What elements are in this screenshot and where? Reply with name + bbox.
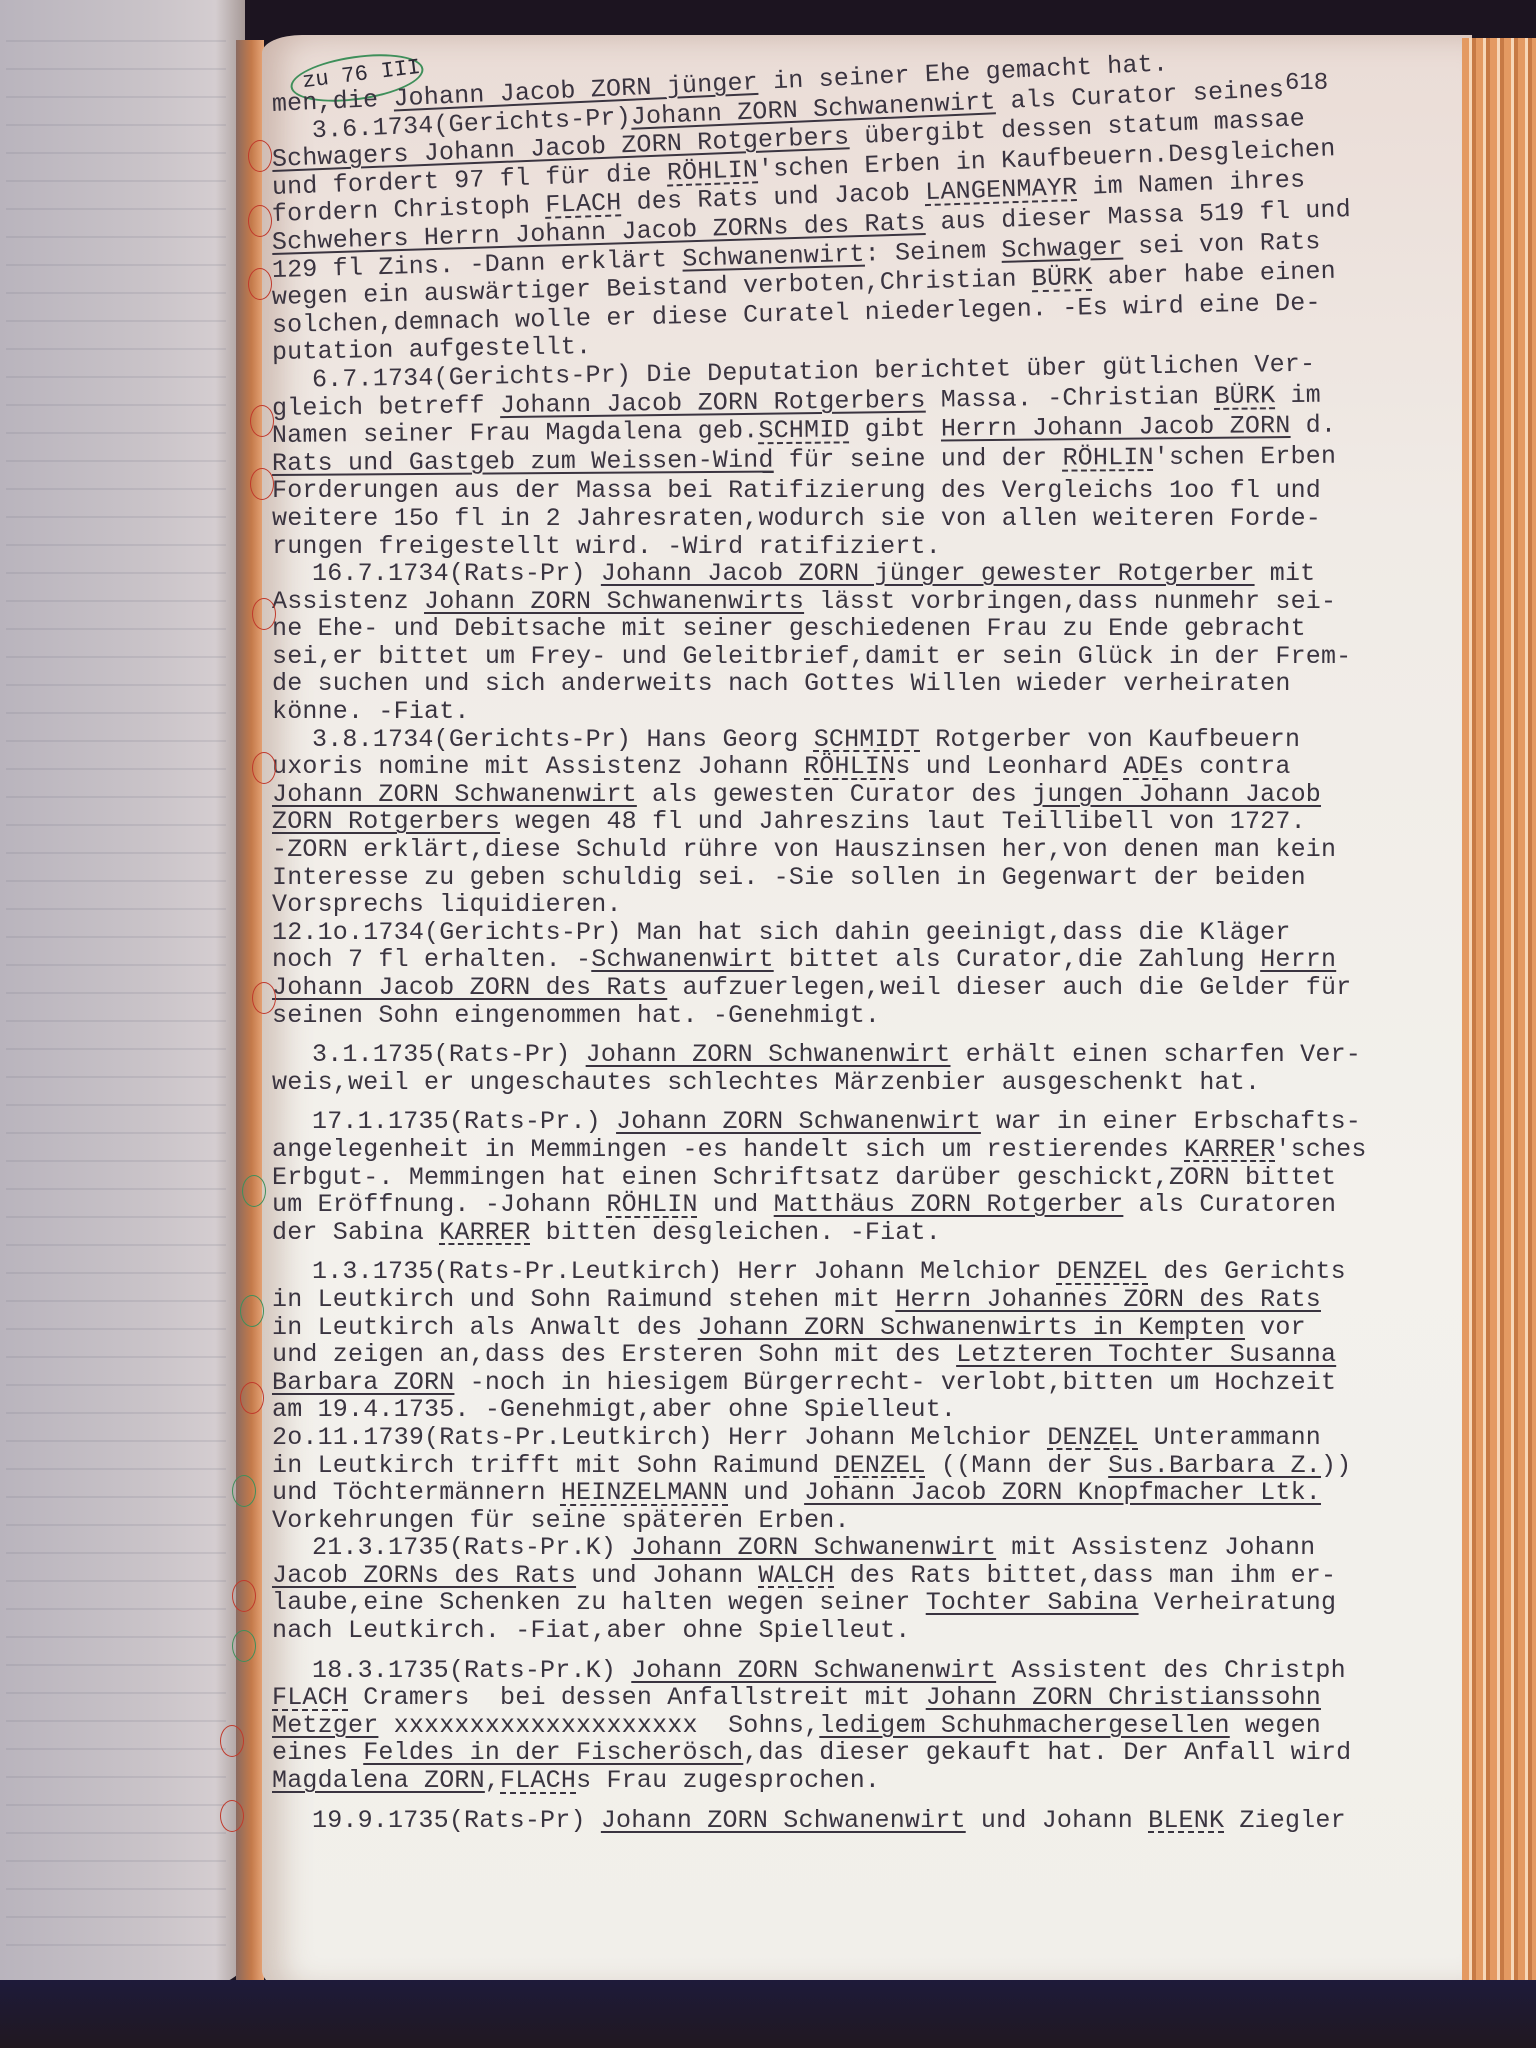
- typewritten-text-block: men,die Johann Jacob ZORN jünger in sein…: [272, 92, 1462, 1835]
- ghost-text-line: [6, 292, 226, 294]
- ghost-text-line: [6, 460, 226, 462]
- ghost-text-line: [6, 852, 226, 854]
- text-line: Johann ZORN Schwanenwirt als gewesten Cu…: [272, 782, 1462, 810]
- underlined-phrase: Johann ZORN Schwanenwirt: [272, 780, 637, 809]
- text-line: in Leutkirch trifft mit Sohn Raimund DEN…: [272, 1453, 1462, 1481]
- underlined-phrase: Herrn Johannes ZORN des Rats: [895, 1285, 1321, 1314]
- underlined-phrase: Johann ZORN Christianssohn: [926, 1683, 1321, 1712]
- text-line: in Leutkirch als Anwalt des Johann ZORN …: [272, 1315, 1462, 1343]
- ghost-text-line: [6, 908, 226, 910]
- underlined-phrase: WALCH: [759, 1561, 835, 1590]
- margin-annotation-circle: [232, 1580, 256, 1612]
- underlined-phrase: Johann ZORN Schwanenwirt: [601, 1806, 966, 1835]
- text-line: 19.9.1735(Rats-Pr) Johann ZORN Schwanenw…: [272, 1808, 1462, 1836]
- text-line: 1.3.1735(Rats-Pr.Leutkirch) Herr Johann …: [272, 1259, 1462, 1287]
- text-line: seinen Sohn eingenommen hat. -Genehmigt.: [272, 1003, 1462, 1031]
- underlined-phrase: RÖHLIN: [804, 752, 895, 781]
- margin-annotation-circle: [248, 268, 272, 300]
- text-line: 16.7.1734(Rats-Pr) Johann Jacob ZORN jün…: [272, 561, 1462, 589]
- text-line: Jacob ZORNs des Rats und Johann WALCH de…: [272, 1563, 1462, 1591]
- text-line: ZORN Rotgerbers wegen 48 fl und Jahreszi…: [272, 809, 1462, 837]
- underlined-phrase: Johann ZORN Schwanenwirt: [631, 1656, 996, 1685]
- text-line: de suchen und sich anderweits nach Gotte…: [272, 671, 1462, 699]
- ghost-text-line: [6, 1692, 226, 1694]
- ghost-text-line: [6, 68, 226, 70]
- ghost-text-line: [6, 1524, 226, 1526]
- text-line: Erbgut-. Memmingen hat einen Schriftsatz…: [272, 1165, 1462, 1193]
- text-line: Interesse zu geben schuldig sei. -Sie so…: [272, 865, 1462, 893]
- underlined-phrase: BÜRK: [1032, 263, 1094, 293]
- ghost-text-line: [6, 628, 226, 630]
- ghost-text-line: [6, 1776, 226, 1778]
- ghost-text-line: [6, 96, 226, 98]
- ghost-text-line: [6, 1832, 226, 1834]
- text-line: 21.3.1735(Rats-Pr.K) Johann ZORN Schwane…: [272, 1535, 1462, 1563]
- margin-annotation-circle: [248, 205, 272, 237]
- underlined-phrase: RÖHLIN: [666, 155, 758, 187]
- margin-annotation-circle: [252, 982, 276, 1014]
- text-line: Vorkehrungen für seine späteren Erben.: [272, 1508, 1462, 1536]
- underlined-phrase: ADE: [1123, 752, 1169, 781]
- text-line: angelegenheit in Memmingen -es handelt s…: [272, 1137, 1462, 1165]
- ghost-text-line: [6, 796, 226, 798]
- text-line: am 19.4.1735. -Genehmigt,aber ohne Spiel…: [272, 1397, 1462, 1425]
- ghost-text-line: [6, 1160, 226, 1162]
- table-surface: [0, 1980, 1536, 2048]
- ghost-text-line: [6, 1888, 226, 1890]
- ghost-text-line: [6, 1048, 226, 1050]
- underlined-phrase: Letzteren Tochter Susanna: [956, 1340, 1336, 1369]
- underlined-phrase: LANGENMAYR: [925, 173, 1078, 207]
- underlined-phrase: Herrn: [1260, 945, 1336, 974]
- text-line: könne. -Fiat.: [272, 699, 1462, 727]
- text-line: weis,weil er ungeschautes schlechtes Mär…: [272, 1070, 1462, 1098]
- underlined-phrase: FLACH: [272, 1683, 348, 1712]
- ghost-text-line: [6, 1188, 226, 1190]
- underlined-phrase: Matthäus ZORN Rotgerber: [774, 1190, 1124, 1219]
- margin-annotation-circle: [250, 468, 274, 500]
- margin-annotation-circle: [252, 752, 276, 784]
- ghost-text-line: [6, 1580, 226, 1582]
- underlined-phrase: HEINZELMANN: [561, 1478, 728, 1507]
- underlined-phrase: SCHMID: [758, 415, 849, 445]
- ghost-text-line: [6, 152, 226, 154]
- ghost-text-line: [6, 1440, 226, 1442]
- ghost-text-line: [6, 320, 226, 322]
- ghost-text-line: [6, 1216, 226, 1218]
- underlined-phrase: Tochter Sabina: [926, 1588, 1139, 1617]
- ghost-text-line: [6, 1748, 226, 1750]
- text-line: nach Leutkirch. -Fiat,aber ohne Spielleu…: [272, 1618, 1462, 1646]
- ghost-text-line: [6, 572, 226, 574]
- ghost-text-line: [6, 1468, 226, 1470]
- text-line: in Leutkirch und Sohn Raimund stehen mit…: [272, 1287, 1462, 1315]
- margin-annotation-circle: [232, 1475, 256, 1507]
- margin-annotation-circle: [220, 1725, 244, 1757]
- ghost-text-line: [6, 824, 226, 826]
- text-line: um Eröffnung. -Johann RÖHLIN und Matthäu…: [272, 1192, 1462, 1220]
- text-line: -ZORN erklärt,diese Schuld rühre von Hau…: [272, 837, 1462, 865]
- left-page-verso: [0, 0, 245, 1990]
- underlined-phrase: KARRER: [1184, 1135, 1275, 1164]
- underlined-phrase: Johann ZORN Schwanenwirt: [631, 1533, 996, 1562]
- text-line: 2o.11.1739(Rats-Pr.Leutkirch) Herr Johan…: [272, 1425, 1462, 1453]
- ghost-text-line: [6, 880, 226, 882]
- text-line: rungen freigestellt wird. -Wird ratifizi…: [272, 534, 1462, 562]
- text-line: Forderungen aus der Massa bei Ratifizier…: [272, 478, 1462, 506]
- ghost-text-line: [6, 1664, 226, 1666]
- text-line: Magdalena ZORN,FLACHs Frau zugesprochen.: [272, 1768, 1462, 1796]
- ghost-text-line: [6, 1860, 226, 1862]
- underlined-phrase: RÖHLIN: [1062, 443, 1153, 473]
- underlined-phrase: Johann ZORN Schwanenwirts: [424, 587, 804, 616]
- text-line: Vorsprechs liquidieren.: [272, 892, 1462, 920]
- ghost-text-line: [6, 1636, 226, 1638]
- underlined-phrase: Rats und Gastgeb zum Weissen-Wind: [272, 445, 774, 477]
- underlined-phrase: Johann ZORN Schwanenwirts in Kempten: [698, 1313, 1245, 1342]
- ghost-text-line: [6, 1804, 226, 1806]
- ghost-text-line: [6, 264, 226, 266]
- ghost-text-line: [6, 1720, 226, 1722]
- page-edges: [1462, 38, 1536, 1988]
- ghost-text-line: [6, 1916, 226, 1918]
- text-line: 3.1.1735(Rats-Pr) Johann ZORN Schwanenwi…: [272, 1042, 1462, 1070]
- underlined-phrase: Jacob ZORNs des Rats: [272, 1561, 576, 1590]
- ghost-text-line: [6, 656, 226, 658]
- ghost-text-line: [6, 1328, 226, 1330]
- margin-annotation-circle: [220, 1800, 244, 1832]
- ghost-text-line: [6, 1552, 226, 1554]
- underlined-phrase: Johann Jacob ZORN Knopfmacher Ltk.: [804, 1478, 1321, 1507]
- text-line: weitere 15o fl in 2 Jahresraten,wodurch …: [272, 506, 1462, 534]
- text-line: und Töchtermännern HEINZELMANN und Johan…: [272, 1480, 1462, 1508]
- ghost-text-line: [6, 1020, 226, 1022]
- text-line: sei,er bittet um Frey- und Geleitbrief,d…: [272, 644, 1462, 672]
- book-gutter: [236, 40, 264, 1990]
- text-line: 17.1.1735(Rats-Pr.) Johann ZORN Schwanen…: [272, 1109, 1462, 1137]
- ghost-text-line: [6, 992, 226, 994]
- ghost-text-line: [6, 180, 226, 182]
- ghost-text-line: [6, 1356, 226, 1358]
- ghost-text-line: [6, 348, 226, 350]
- ghost-text-line: [6, 544, 226, 546]
- margin-annotation-circle: [240, 1295, 264, 1327]
- underlined-phrase: BLENK: [1148, 1806, 1224, 1835]
- underlined-phrase: DENZEL: [1057, 1257, 1148, 1286]
- ghost-text-line: [6, 1244, 226, 1246]
- underlined-phrase: DENZEL: [1047, 1423, 1138, 1452]
- underlined-phrase: Sus.Barbara Z.: [1108, 1451, 1321, 1480]
- text-line: eines Feldes in der Fischerösch,das dies…: [272, 1740, 1462, 1768]
- margin-annotation-circle: [240, 1382, 264, 1414]
- text-line: Barbara ZORN -noch in hiesigem Bürgerrec…: [272, 1370, 1462, 1398]
- underlined-phrase: DENZEL: [835, 1451, 926, 1480]
- text-line: Assistenz Johann ZORN Schwanenwirts läss…: [272, 589, 1462, 617]
- ghost-text-line: [6, 1496, 226, 1498]
- underlined-phrase: Schwanenwirt: [591, 945, 773, 974]
- text-line: 18.3.1735(Rats-Pr.K) Johann ZORN Schwane…: [272, 1658, 1462, 1686]
- ghost-text-line: [6, 516, 226, 518]
- ghost-text-line: [6, 964, 226, 966]
- ghost-text-line: [6, 1272, 226, 1274]
- underlined-phrase: Metzger: [272, 1711, 378, 1740]
- text-line: FLACH Cramers bei dessen Anfallstreit mi…: [272, 1685, 1462, 1713]
- ghost-text-line: [6, 936, 226, 938]
- underlined-phrase: Feldes in der Fischerösch: [363, 1738, 743, 1767]
- ghost-text-line: [6, 712, 226, 714]
- ghost-text-line: [6, 1384, 226, 1386]
- text-line: Metzger xxxxxxxxxxxxxxxxxxxx Sohns,ledig…: [272, 1713, 1462, 1741]
- underlined-phrase: FLACH: [500, 1766, 576, 1795]
- margin-annotation-circle: [242, 1175, 266, 1207]
- text-line: noch 7 fl erhalten. -Schwanenwirt bittet…: [272, 947, 1462, 975]
- text-line: der Sabina KARRER bitten desgleichen. -F…: [272, 1220, 1462, 1248]
- ghost-text-line: [6, 1300, 226, 1302]
- margin-annotation-circle: [250, 405, 274, 437]
- ghost-text-line: [6, 404, 226, 406]
- text-line: laube,eine Schenken zu halten wegen sein…: [272, 1590, 1462, 1618]
- margin-annotation-circle: [252, 598, 276, 630]
- ghost-text-line: [6, 1412, 226, 1414]
- ghost-text-line: [6, 1104, 226, 1106]
- ghost-text-line: [6, 124, 226, 126]
- underlined-phrase: ZORN Rotgerbers: [272, 807, 500, 836]
- ghost-text-line: [6, 40, 226, 42]
- text-line: uxoris nomine mit Assistenz Johann RÖHLI…: [272, 754, 1462, 782]
- ghost-text-line: [6, 376, 226, 378]
- ghost-text-line: [6, 1132, 226, 1134]
- ghost-text-line: [6, 208, 226, 210]
- underlined-phrase: Johann ZORN Schwanenwirt: [616, 1107, 981, 1136]
- text-line: Rats und Gastgeb zum Weissen-Wind für se…: [272, 443, 1462, 479]
- underlined-phrase: Magdalena ZORN: [272, 1766, 485, 1795]
- ghost-text-line: [6, 684, 226, 686]
- underlined-phrase: ledigem Schuhmachergesellen: [819, 1711, 1229, 1740]
- text-line: ne Ehe- und Debitsache mit seiner geschi…: [272, 616, 1462, 644]
- ghost-text-line: [6, 740, 226, 742]
- underlined-phrase: Johann Jacob ZORN des Rats: [272, 973, 667, 1002]
- ghost-text-line: [6, 600, 226, 602]
- underlined-phrase: BÜRK: [1214, 381, 1275, 411]
- margin-annotation-circle: [232, 1630, 256, 1662]
- ghost-text-line: [6, 432, 226, 434]
- ghost-text-line: [6, 768, 226, 770]
- ghost-text-line: [6, 1944, 226, 1946]
- underlined-phrase: KARRER: [439, 1218, 530, 1247]
- underlined-phrase: Herrn Johann Jacob ZORN: [941, 411, 1291, 443]
- underlined-phrase: jungen Johann Jacob: [1032, 780, 1321, 809]
- underlined-phrase: FLACH: [545, 189, 622, 221]
- margin-annotation-circle: [248, 140, 272, 172]
- underlined-phrase: Schwager: [1001, 232, 1123, 264]
- ghost-text-line: [6, 236, 226, 238]
- ghost-text-line: [6, 488, 226, 490]
- underlined-phrase: Johann Jacob ZORN jünger gewester Rotger…: [601, 559, 1255, 588]
- underlined-phrase: Johann ZORN Schwanenwirt: [586, 1040, 951, 1069]
- text-line: 12.1o.1734(Gerichts-Pr) Man hat sich dah…: [272, 920, 1462, 948]
- underlined-phrase: Barbara ZORN: [272, 1368, 454, 1397]
- text-line: 3.8.1734(Gerichts-Pr) Hans Georg SCHMIDT…: [272, 727, 1462, 755]
- ghost-text-line: [6, 1076, 226, 1078]
- text-line: Johann Jacob ZORN des Rats aufzuerlegen,…: [272, 975, 1462, 1003]
- underlined-phrase: SCHMIDT: [814, 725, 920, 754]
- underlined-phrase: RÖHLIN: [606, 1190, 697, 1219]
- text-line: und zeigen an,dass des Ersteren Sohn mit…: [272, 1342, 1462, 1370]
- ghost-text-line: [6, 1608, 226, 1610]
